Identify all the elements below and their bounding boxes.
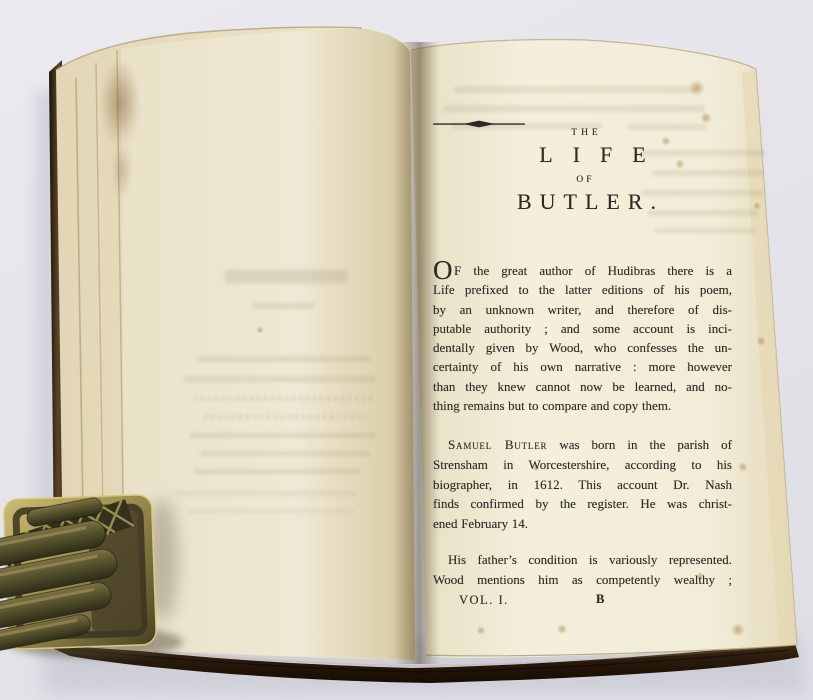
ghost-text-line [190,433,376,438]
paragraph-3-line: Wood mentions him as competently wealthy… [433,570,732,590]
foxing-spot [256,326,264,334]
ghost-text-line [194,469,360,474]
foxing-spot [730,624,746,636]
ghost-text-line [186,509,354,514]
paragraph-2-line: ened February 14. [433,514,732,534]
paragraph-1-line: than they knew cannot now be learned, an… [433,377,732,396]
paragraph-2-line: biographer, in 1612. This account Dr. Na… [433,475,732,495]
paragraph-1-line: thing remains but to compare and copy th… [433,396,732,415]
brass-book-weight [0,494,183,658]
foxing-spot [476,626,486,635]
paragraph-3-line: His father’s condition is variously repr… [433,550,732,570]
paragraph-1-line: Life prefixed to the latter editions of … [433,280,732,299]
small-caps-name: Samuel Butler [448,437,547,452]
paragraph-2-line: finds confirmed by the register. He was … [433,494,732,514]
volume-label: VOL. I. [459,593,509,608]
ghost-text-line [252,303,314,309]
paragraph-3: His father’s condition is variously repr… [433,550,732,590]
ghost-text-line [200,451,370,456]
paragraph-2-line-text: was born in the parish of [547,437,732,452]
ghost-text-line [194,396,372,401]
paragraph-2-line: Samuel Butler was born in the parish of [433,435,732,455]
foxing-spot [688,80,706,96]
ghost-text-line [176,491,356,496]
swelled-rule-divider [433,120,525,128]
half-title-butler: BUTLER. [433,189,740,215]
half-title-of: OF [433,175,735,185]
page-stain [112,140,132,200]
paragraph-2: Samuel Butler was born in the parish of … [433,435,732,534]
paragraph-1: OF the great author of Hudibras there is… [433,261,732,415]
page-stain [100,58,140,148]
half-title-life: LIFE [433,142,752,168]
ghost-text-line [225,270,347,283]
ghost-text-line [455,86,695,93]
paragraph-1-line: OF the great author of Hudibras there is… [433,261,732,280]
foxing-spot [700,112,712,124]
book-photo-scene: THE LIFE OF BUTLER. OF the great author … [0,0,813,700]
paragraph-1-line: dentally given by Wood, who confesses th… [433,338,732,357]
ghost-text-line [198,356,370,362]
ghost-text-line [204,414,366,419]
foxing-spot [756,336,766,346]
paragraph-1-line: certainty of his own narrative : more ho… [433,357,732,376]
ghost-text-line [655,228,755,233]
ghost-text-line [184,376,376,382]
paragraph-1-line: putable authority ; and some account is … [433,319,732,338]
foxing-spot [753,202,761,210]
paragraph-1-line-text: F the great author of Hudibras there is … [454,263,732,278]
paragraph-2-line: Strensham in Worcestershire, according t… [433,455,732,475]
signature-mark: B [596,592,604,607]
ghost-text-line [443,105,705,112]
half-title-the: THE [433,128,736,138]
foxing-spot [556,624,568,634]
foxing-spot [738,462,748,472]
paragraph-1-line: by an unknown writer, and therefore of d… [433,300,732,319]
